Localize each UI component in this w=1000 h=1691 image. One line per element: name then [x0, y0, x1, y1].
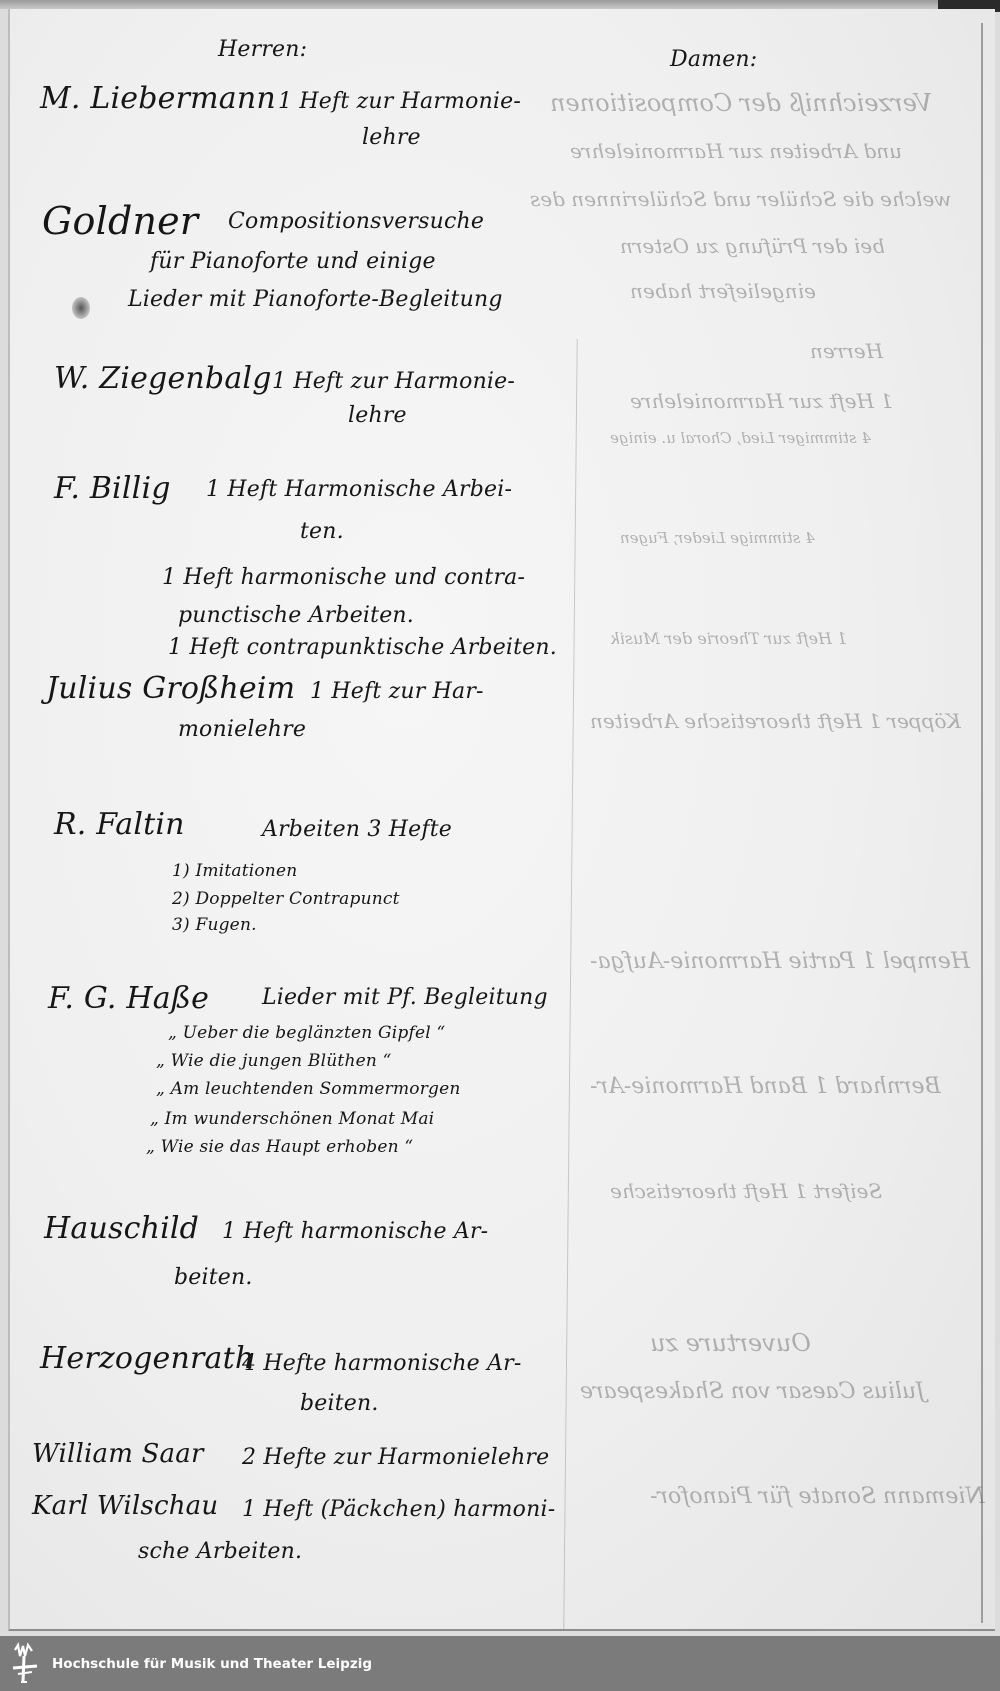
entry-line: 3) Fugen. — [172, 915, 257, 935]
bleed-text: Verzeichniß der Compositionen — [550, 89, 932, 117]
bleed-text: Bernhard 1 Band Harmonie-Ar- — [590, 1074, 941, 1099]
bleed-text: Niemann Sonate für Pianofor- — [650, 1484, 985, 1509]
entry-line: für Pianoforte und einige — [150, 249, 436, 274]
page-fold-line — [563, 339, 578, 1629]
entry-name: Goldner — [42, 199, 198, 243]
bleed-text: eingeliefert haben — [630, 279, 816, 303]
entry-line: lehre — [362, 125, 421, 150]
entry-line: sche Arbeiten. — [138, 1539, 302, 1564]
hmt-logo-icon — [12, 1642, 38, 1686]
page-right-edge — [981, 23, 983, 1623]
entry-line: „ Wie die jungen Blüthen “ — [156, 1051, 392, 1071]
entry-line: punctische Arbeiten. — [178, 603, 414, 628]
scan-area: Verzeichniß der Compositionen und Arbeit… — [0, 0, 1000, 1636]
entry-line: „ Am leuchtenden Sommermorgen — [156, 1079, 461, 1099]
entry-name: M. Liebermann — [40, 81, 276, 116]
entry-line: Arbeiten 3 Hefte — [262, 817, 452, 842]
entry-line: 1 Heft zur Har- — [310, 679, 484, 704]
entry-line: lehre — [348, 403, 407, 428]
bleed-text: Ouverture zu — [650, 1329, 811, 1357]
ink-smudge — [72, 297, 90, 319]
bleed-text: 4 stimmiger Lied, Choral u. einige — [610, 429, 871, 447]
entry-line: Compositionsversuche — [228, 209, 484, 234]
entry-line: 1 Heft zur Harmonie- — [272, 369, 515, 394]
entry-name: F. Billig — [54, 471, 171, 506]
bleed-text: Herren — [810, 339, 883, 363]
entry-name: Hauschild — [44, 1211, 199, 1246]
manuscript-page: Verzeichniß der Compositionen und Arbeit… — [8, 9, 995, 1631]
entry-line: „ Im wunderschönen Monat Mai — [150, 1109, 434, 1129]
entry-name: Herzogenrath — [40, 1341, 254, 1376]
scan-top-edge — [0, 0, 1000, 9]
bleed-text: Köpper 1 Heft theoretische Arbeiten — [590, 709, 961, 733]
footer-bar: Hochschule für Musik und Theater Leipzig — [0, 1636, 1000, 1691]
entry-line: 2) Doppelter Contrapunct — [172, 889, 400, 909]
entry-line: 1 Heft Harmonische Arbei- — [206, 477, 512, 502]
entry-line: Lieder mit Pf. Begleitung — [262, 985, 548, 1010]
entry-line: „ Wie sie das Haupt erhoben “ — [146, 1137, 413, 1157]
entry-name: R. Faltin — [54, 807, 185, 842]
herren-header: Herren: — [218, 37, 307, 62]
entry-line: 1 Heft zur Harmonie- — [278, 89, 521, 114]
entry-line: „ Ueber die beglänzten Gipfel “ — [168, 1023, 445, 1043]
entry-name: F. G. Haße — [48, 981, 209, 1016]
entry-line: ten. — [300, 519, 344, 544]
entry-line: 1 Heft (Päckchen) harmoni- — [242, 1497, 555, 1522]
damen-header: Damen: — [670, 47, 757, 72]
entry-name: William Saar — [32, 1439, 204, 1469]
entry-line: Lieder mit Pianoforte-Begleitung — [128, 287, 503, 312]
bleed-text: 1 Heft zur Harmonielehre — [630, 389, 893, 413]
bleed-text: 1 Heft zur Theorie der Musik — [610, 629, 847, 648]
bleed-text: welche die Schüler und Schülerinnen des — [530, 187, 951, 211]
entry-name: Julius Großheim — [46, 671, 295, 706]
bleed-text: 4 stimmige Lieder, Fugen — [620, 529, 815, 547]
bleed-text: Julius Caesar von Shakespeare — [580, 1379, 925, 1404]
entry-line: beiten. — [300, 1391, 379, 1416]
institution-name: Hochschule für Musik und Theater Leipzig — [52, 1656, 372, 1672]
bleed-text: bei der Prüfung zu Ostern — [620, 234, 885, 258]
entry-line: 1 Heft contrapunktische Arbeiten. — [168, 635, 557, 660]
entry-name: W. Ziegenbalg — [54, 361, 272, 396]
bleed-text: Seifert 1 Heft theoretische — [610, 1179, 882, 1203]
entry-line: 1 Heft harmonische und contra- — [162, 565, 525, 590]
entry-line: 1) Imitationen — [172, 861, 297, 881]
entry-line: beiten. — [174, 1265, 253, 1290]
entry-line: monielehre — [178, 717, 306, 742]
entry-name: Karl Wilschau — [32, 1491, 218, 1521]
bleed-text: Hempel 1 Partie Harmonie-Aufga- — [590, 949, 970, 974]
entry-line: 1 Heft harmonische Ar- — [222, 1219, 488, 1244]
bleed-text: und Arbeiten zur Harmonielehre — [570, 139, 902, 163]
entry-line: 4 Hefte harmonische Ar- — [242, 1351, 522, 1376]
entry-line: 2 Hefte zur Harmonielehre — [242, 1445, 549, 1470]
